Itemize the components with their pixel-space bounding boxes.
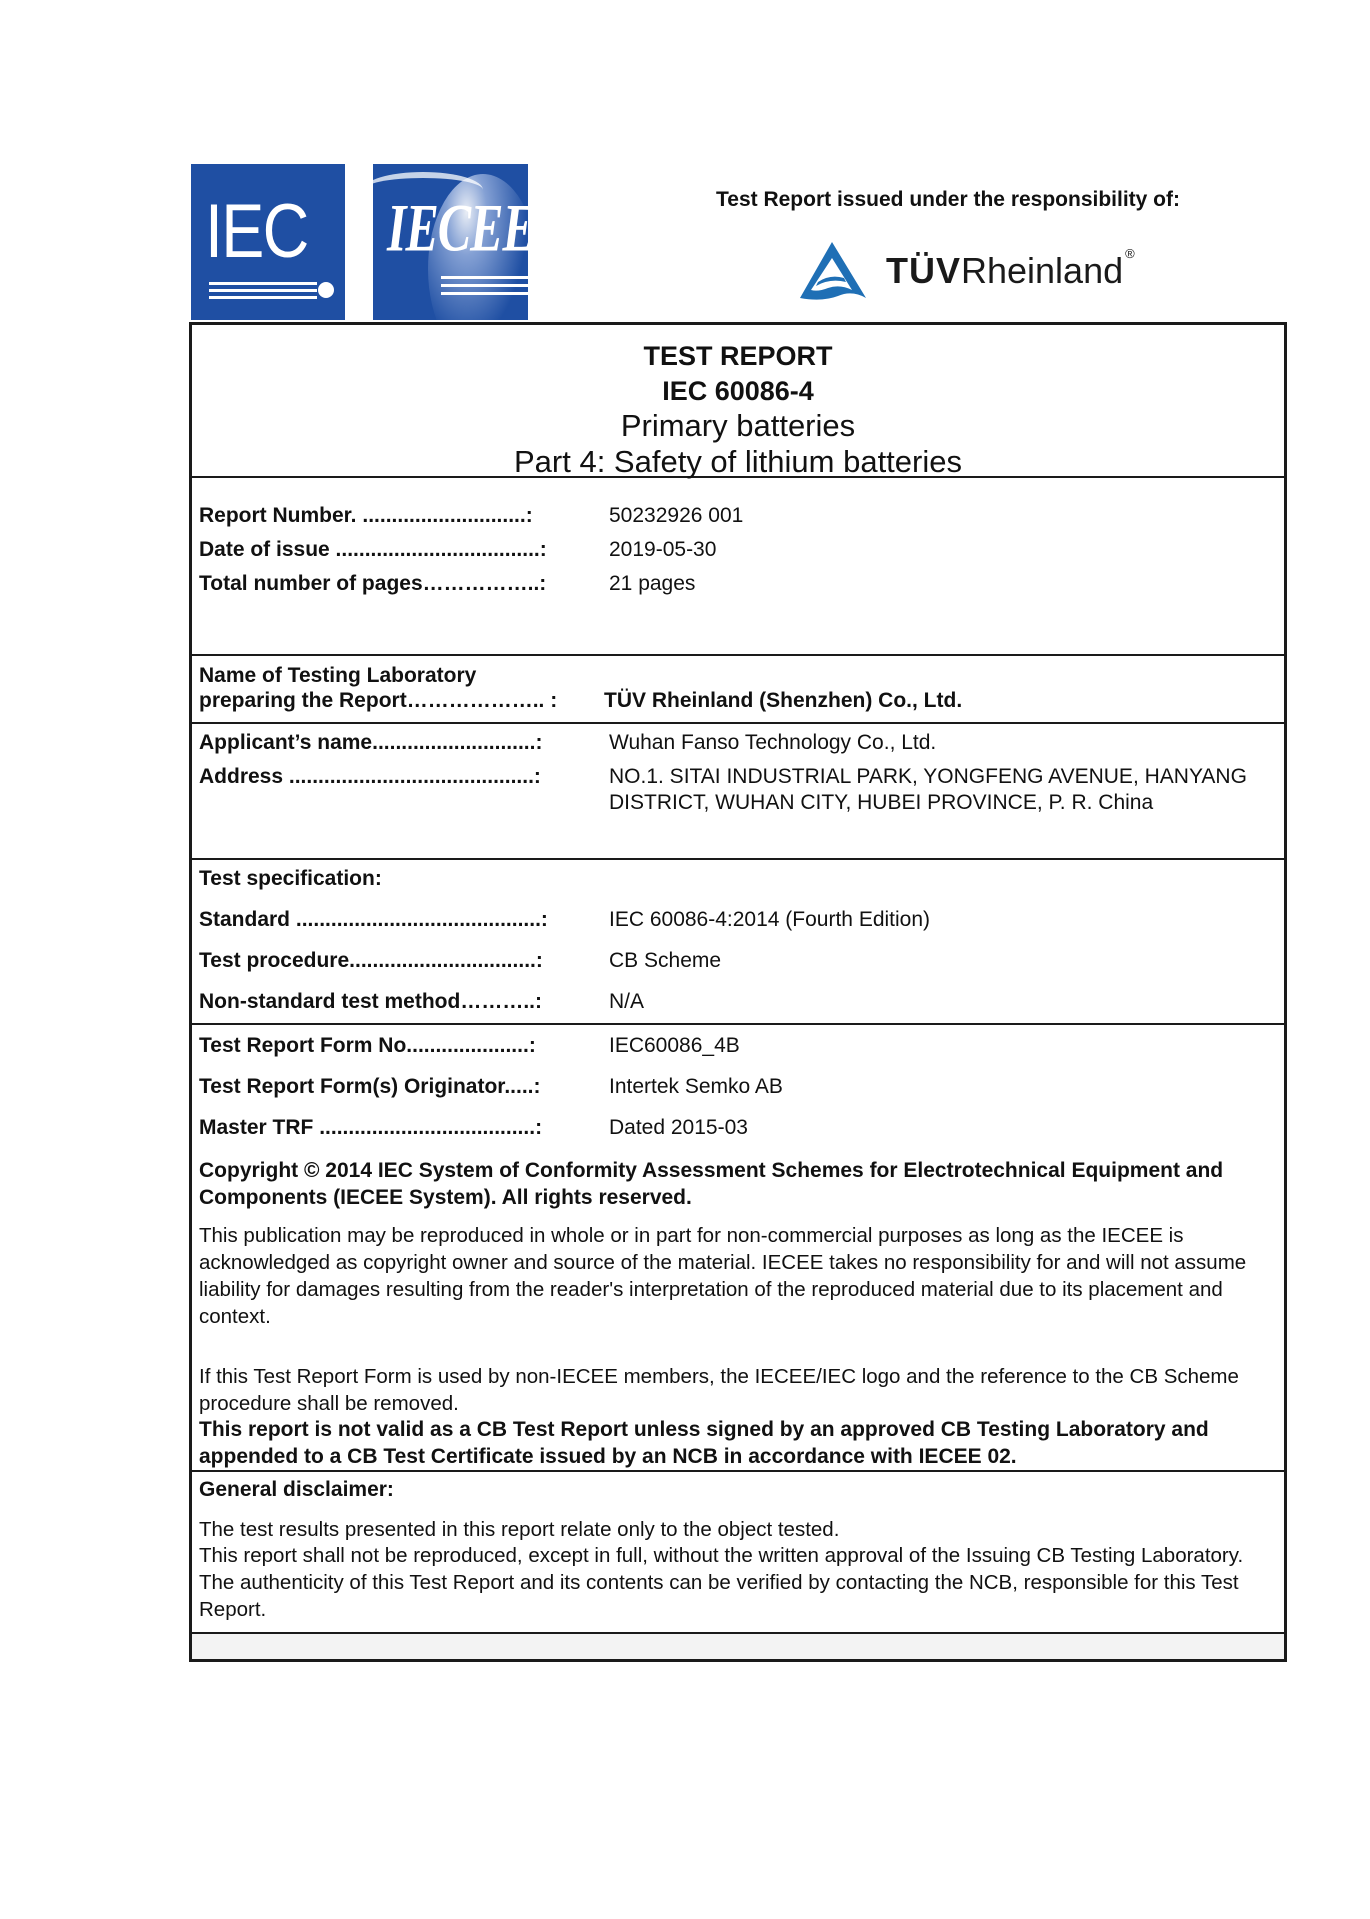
trf-section: Test Report Form No.....................… — [192, 1025, 1284, 1472]
report-title: TEST REPORT — [192, 341, 1284, 372]
empty-footer-row — [192, 1634, 1284, 1659]
field-label: Applicant’s name........................… — [199, 731, 589, 755]
report-number-row: Report Number. .........................… — [199, 504, 1284, 534]
iec-logo-bars — [209, 282, 317, 303]
laboratory-row: preparing the Report……………….. : TÜV Rhein… — [199, 689, 1284, 719]
iec-logo-dot — [318, 282, 334, 298]
total-pages-row: Total number of pages……………..: 21 pages — [199, 572, 1284, 602]
trf-number-value: IEC60086_4B — [609, 1034, 1274, 1058]
part-title: Part 4: Safety of lithium batteries — [192, 444, 1284, 480]
title-section: TEST REPORT IEC 60086-4 Primary batterie… — [192, 325, 1284, 478]
publication-notice: This publication may be reproduced in wh… — [199, 1222, 1276, 1330]
field-label: Test Report Form No.....................… — [199, 1034, 589, 1058]
test-specification-heading: Test specification: — [199, 867, 382, 891]
iecee-logo-text: IECEE — [387, 194, 528, 262]
field-label: Total number of pages……………..: — [199, 572, 589, 596]
non-member-notice: If this Test Report Form is used by non-… — [199, 1363, 1276, 1417]
master-trf-row: Master TRF .............................… — [199, 1116, 1284, 1146]
field-label: Test procedure..........................… — [199, 949, 589, 973]
field-label: Report Number. .........................… — [199, 504, 589, 528]
field-label: Standard ...............................… — [199, 908, 589, 932]
report-info-section: Report Number. .........................… — [192, 478, 1284, 656]
date-of-issue-row: Date of issue ..........................… — [199, 538, 1284, 568]
tuv-rheinland-wordmark: TÜVRheinland® — [886, 250, 1135, 292]
applicant-section: Applicant’s name........................… — [192, 724, 1284, 860]
trf-originator-row: Test Report Form(s) Originator.....: Int… — [199, 1075, 1284, 1105]
applicant-name-value: Wuhan Fanso Technology Co., Ltd. — [609, 731, 1274, 755]
trf-number-row: Test Report Form No.....................… — [199, 1034, 1284, 1064]
iecee-logo-bars — [441, 276, 528, 300]
validity-notice: This report is not valid as a CB Test Re… — [199, 1416, 1276, 1470]
non-standard-method-value: N/A — [609, 990, 1274, 1014]
non-standard-method-row: Non-standard test method………..: N/A — [199, 990, 1284, 1020]
disclaimer-line2: This report shall not be reproduced, exc… — [199, 1542, 1276, 1623]
field-label: Test Report Form(s) Originator.....: — [199, 1075, 589, 1099]
date-of-issue-value: 2019-05-30 — [609, 538, 1274, 562]
laboratory-section: Name of Testing Laboratory preparing the… — [192, 656, 1284, 724]
copyright-notice: Copyright © 2014 IEC System of Conformit… — [199, 1157, 1276, 1211]
test-procedure-row: Test procedure..........................… — [199, 949, 1284, 979]
total-pages-value: 21 pages — [609, 572, 1274, 596]
field-label: Master TRF .............................… — [199, 1116, 589, 1140]
disclaimer-heading: General disclaimer: — [199, 1478, 394, 1502]
report-cover-table: TEST REPORT IEC 60086-4 Primary batterie… — [189, 322, 1287, 1662]
address-value: NO.1. SITAI INDUSTRIAL PARK, YONGFENG AV… — [609, 764, 1270, 816]
report-number-value: 50232926 001 — [609, 504, 1274, 528]
iec-logo-text: IEC — [205, 194, 308, 270]
standard-value: IEC 60086-4:2014 (Fourth Edition) — [609, 908, 1274, 932]
standard-row: Standard ...............................… — [199, 908, 1284, 938]
applicant-name-row: Applicant’s name........................… — [199, 731, 1284, 761]
test-procedure-value: CB Scheme — [609, 949, 1274, 973]
subject-title: Primary batteries — [192, 408, 1284, 444]
field-label: Name of Testing Laboratory — [199, 664, 589, 688]
iecee-logo: IECEE — [373, 164, 528, 320]
disclaimer-section: General disclaimer: The test results pre… — [192, 1472, 1284, 1634]
master-trf-value: Dated 2015-03 — [609, 1116, 1274, 1140]
trf-originator-value: Intertek Semko AB — [609, 1075, 1274, 1099]
disclaimer-line1: The test results presented in this repor… — [199, 1516, 1276, 1543]
standard-title: IEC 60086-4 — [192, 376, 1284, 407]
field-label: Date of issue ..........................… — [199, 538, 589, 562]
field-label: Non-standard test method………..: — [199, 990, 589, 1014]
tuv-rheinland-logo: TÜVRheinland® — [794, 238, 1135, 304]
laboratory-value: TÜV Rheinland (Shenzhen) Co., Ltd. — [604, 689, 1274, 713]
field-label: Address ................................… — [199, 765, 589, 789]
responsibility-text: Test Report issued under the responsibil… — [716, 188, 1180, 212]
iec-logo: IEC — [191, 164, 345, 320]
test-specification-section: Test specification: Standard ...........… — [192, 860, 1284, 1025]
field-label: preparing the Report……………….. : — [199, 689, 589, 713]
tuv-triangle-icon — [794, 238, 870, 304]
